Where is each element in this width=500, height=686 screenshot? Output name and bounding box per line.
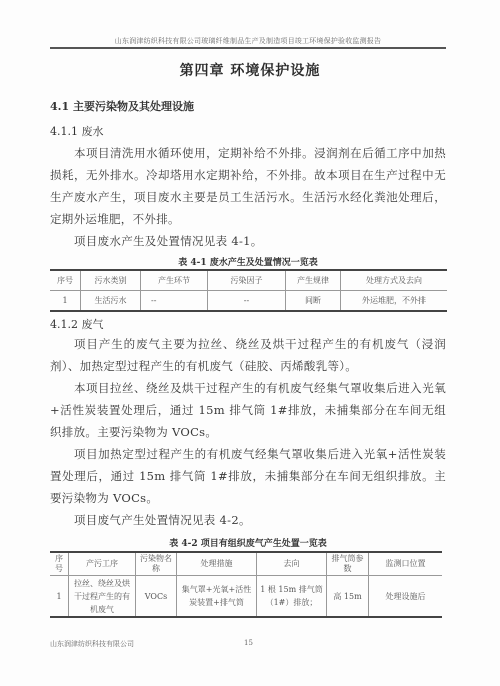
table-4-2-caption: 表 4-2 项目有组织废气产生处置一览表 xyxy=(50,536,446,549)
col-header-pollutant: 污染物名称 xyxy=(136,552,177,576)
col-header-process: 产污工序 xyxy=(69,552,136,576)
chapter-title: 第四章 环境保护设施 xyxy=(0,60,500,80)
wastewater-table-reference: 项目废水产生及处置情况见表 4-1。 xyxy=(50,230,446,252)
cell-monitoring-point: 处理设施后 xyxy=(369,576,443,618)
section-heading-4-1-1: 4.1.1 废水 xyxy=(50,123,104,139)
table-row: 1 生活污水 -- -- 间断 外运堆肥，不外排 xyxy=(50,291,447,312)
col-header-no: 序号 xyxy=(50,270,81,291)
cell-pollutant: -- xyxy=(208,291,286,312)
table-header-row: 序号 污水类别 产生环节 污染因子 产生规律 处理方式及去向 xyxy=(50,270,447,291)
wastewater-table: 序号 污水类别 产生环节 污染因子 产生规律 处理方式及去向 1 生活污水 --… xyxy=(50,269,447,312)
exhaust-gas-paragraph-3: 项目加热定型过程产生的有机废气经集气罩收集后进入光氧+活性炭装置处理后，通过 1… xyxy=(50,443,446,509)
cell-type: 生活污水 xyxy=(81,291,141,312)
col-header-stage: 产生环节 xyxy=(141,270,208,291)
wastewater-paragraph: 本项目清洗用水循环使用，定期补给不外排。浸润剂在后循工序中加热损耗，无外排水。冷… xyxy=(50,142,446,230)
section-heading-4-1: 4.1 主要污染物及其处理设施 xyxy=(50,98,194,114)
col-header-monitoring-point: 监测口位置 xyxy=(369,552,443,576)
page-number: 15 xyxy=(244,639,253,647)
exhaust-gas-table: 序号 产污工序 污染物名称 处理措施 去向 排气筒参数 监测口位置 1 拉丝、绕… xyxy=(50,551,442,618)
col-header-treatment: 处理措施 xyxy=(177,552,257,576)
cell-process: 拉丝、绕丝及烘干过程产生的有机废气 xyxy=(69,576,136,618)
cell-pollutant: VOCs xyxy=(136,576,177,618)
exhaust-gas-table-reference: 项目废气产生处置情况见表 4-2。 xyxy=(50,509,446,531)
cell-no: 1 xyxy=(50,576,69,618)
col-header-pollutant: 污染因子 xyxy=(208,270,286,291)
cell-pattern: 间断 xyxy=(286,291,341,312)
col-header-pattern: 产生规律 xyxy=(286,270,341,291)
section-heading-4-1-2: 4.1.2 废气 xyxy=(50,316,104,332)
footer-company: 山东润津纺织科技有限公司 xyxy=(50,639,134,649)
cell-destination: 1 根 15m 排气筒（1#）排放； xyxy=(257,576,327,618)
col-header-destination: 去向 xyxy=(257,552,327,576)
header-rule xyxy=(50,47,446,49)
table-row: 1 拉丝、绕丝及烘干过程产生的有机废气 VOCs 集气罩+光氧+活性炭装置+排气… xyxy=(50,576,442,618)
cell-no: 1 xyxy=(50,291,81,312)
table-header-row: 序号 产污工序 污染物名称 处理措施 去向 排气筒参数 监测口位置 xyxy=(50,552,442,576)
document-page: 山东润津纺织科技有限公司玻璃纤维制品生产及制造项目竣工环境保护验收监测报告 第四… xyxy=(0,0,500,686)
col-header-stack-params: 排气筒参数 xyxy=(327,552,369,576)
exhaust-gas-paragraph-2: 本项目拉丝、绕丝及烘干过程产生的有机废气经集气罩收集后进入光氧+活性炭装置处理后… xyxy=(50,377,446,443)
cell-treatment: 集气罩+光氧+活性炭装置+排气筒 xyxy=(177,576,257,618)
col-header-type: 污水类别 xyxy=(81,270,141,291)
col-header-no: 序号 xyxy=(50,552,69,576)
cell-stage: -- xyxy=(141,291,208,312)
col-header-disposal: 处理方式及去向 xyxy=(341,270,448,291)
table-4-1-caption: 表 4-1 废水产生及处置情况一览表 xyxy=(50,255,446,268)
cell-stack-params: 高 15m xyxy=(327,576,369,618)
exhaust-gas-paragraph-1: 项目产生的废气主要为拉丝、绕丝及烘干过程产生的有机废气（浸润剂）、加热定型过程产… xyxy=(50,333,446,377)
cell-disposal: 外运堆肥，不外排 xyxy=(341,291,448,312)
running-header: 山东润津纺织科技有限公司玻璃纤维制品生产及制造项目竣工环境保护验收监测报告 xyxy=(50,36,446,46)
